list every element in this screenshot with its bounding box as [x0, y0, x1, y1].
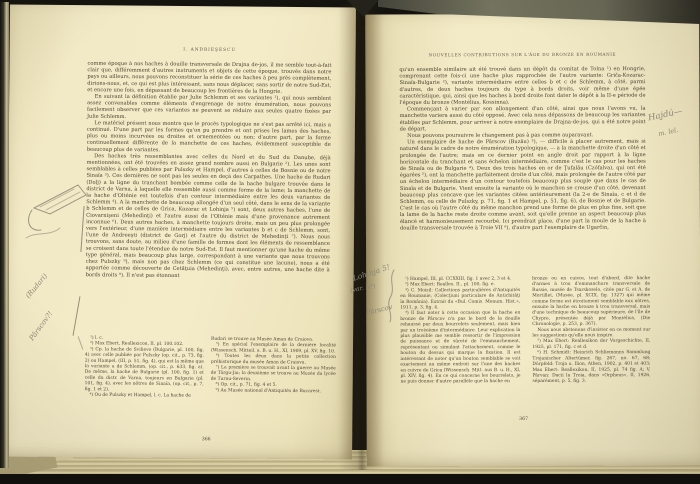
right-body-text: qu'un ensemble similaire ait été trouvé …	[399, 66, 646, 232]
left-footnotes-col1: ¹) l. c. ²) Max Ebert, Reallexicon, II, …	[85, 335, 205, 399]
paragraph: Commençant à varier par son allongement …	[400, 105, 646, 132]
footnote-continuation: bronze ou en cuivre, tout d'abord, dite …	[532, 276, 650, 328]
pencil-bracket	[386, 268, 400, 324]
paragraph: Le matériel présent nous montre que le p…	[87, 120, 331, 155]
book-photo: I. ANDRIEŞESCU comme époque à nos haches…	[0, 0, 700, 484]
right-footnotes-col2: bronze ou en cuivre, tout d'abord, dite …	[532, 276, 650, 385]
left-body-text: comme époque à nos haches à douille tran…	[86, 60, 332, 280]
footnote: ⁷) La première se trouvait avant la guer…	[211, 365, 336, 383]
right-running-head: NOUVELLES CONTRIBUTIONS SUR L'ÂGE DU BRO…	[399, 52, 645, 58]
footnote: ⁴) Ou de Pulszky et Hampel, l. c. La hac…	[85, 392, 204, 399]
left-page-number: 366	[84, 435, 328, 443]
left-footnotes-col2: Rudari se trouve au Musée Aman de Craiov…	[211, 336, 336, 394]
footnote: ³) C. Moisil: Collections particulières …	[400, 287, 520, 310]
paragraph: qu'un ensemble similaire ait été trouvé …	[399, 66, 645, 106]
footnote: ⁹) Au Musée national d'Antiquités de Buc…	[211, 388, 336, 395]
footnote: ⁶) H. Schmidt: Heinrich Schliemanns Samm…	[532, 350, 650, 385]
left-running-head: I. ANDRIEŞESCU	[88, 46, 332, 53]
right-page-number: 367	[401, 416, 647, 422]
right-footnotes-col1: ¹) Hampel, III, pl. CCXXIII, fig. 1 avec…	[400, 276, 520, 385]
footnote: ³) Cp. la hache de Svilievo (Bulgarie, p…	[85, 347, 204, 394]
table-background-bottom	[0, 474, 700, 484]
footnote: Nous nous abstenons d'insister en ce mom…	[532, 327, 650, 339]
footnote: ⁴) Il faut noter à cette occasion que la…	[400, 310, 520, 385]
right-page: NOUVELLES CONTRIBUTIONS SUR L'ÂGE DU BRO…	[365, 13, 700, 466]
footnote: ⁵) Max Ebert: Reallexikon der Vorgeschic…	[532, 338, 650, 350]
paragraph: Des haches très ressemblantes avec celle…	[86, 153, 331, 281]
book-left-edge	[0, 2, 9, 468]
axe-pencil-sketch	[18, 178, 98, 262]
paragraph: Un exemplaire de hache de Pârscov (Buzău…	[400, 138, 646, 231]
paragraph: comme époque à nos haches à douille tran…	[87, 60, 331, 95]
paragraph: En suivant la définition établie par Jul…	[87, 93, 331, 122]
